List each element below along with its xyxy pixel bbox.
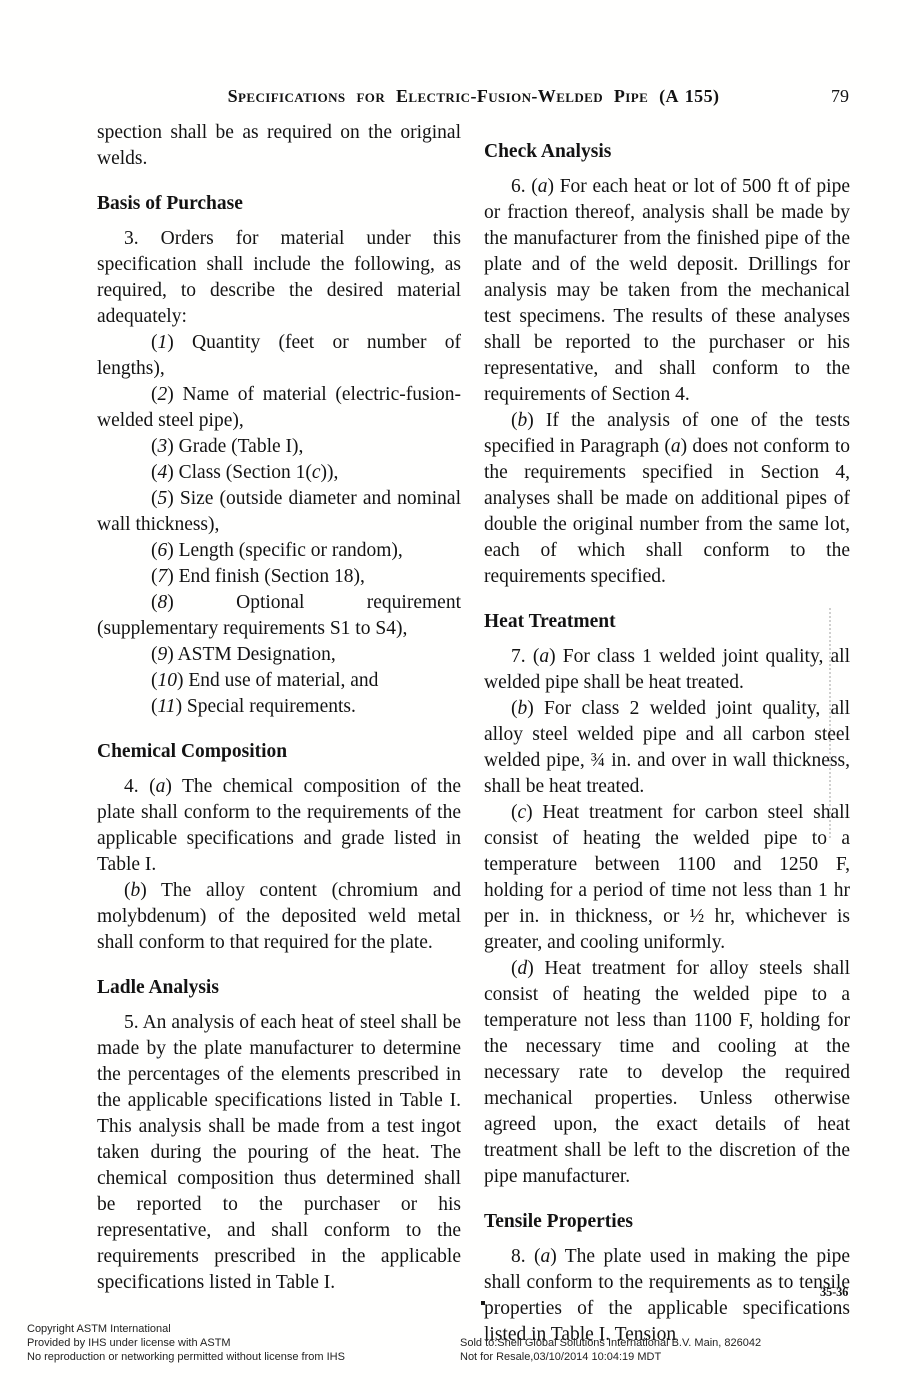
section-heading: Tensile Properties [484,1209,850,1235]
footer-line: No reproduction or networking permitted … [27,1350,345,1364]
running-header: Specifications for Electric-Fusion-Welde… [97,86,850,107]
page-title: Specifications for Electric-Fusion-Welde… [228,86,649,106]
paragraph: 6. (a) For each heat or lot of 500 ft of… [484,174,850,408]
stray-dot-artifact [481,1301,485,1305]
paragraph: (b) If the analysis of one of the tests … [484,408,850,590]
footer-line: Copyright ASTM International [27,1322,345,1336]
paragraph: (9) ASTM Designation, [97,642,461,668]
paragraph: (5) Size (outside diameter and nominal w… [97,486,461,538]
paragraph: (4) Class (Section 1(c)), [97,460,461,486]
paragraph: (2) Name of material (electric-fusion-we… [97,382,461,434]
section-heading: Basis of Purchase [97,191,461,217]
paragraph: (d) Heat treatment for alloy steels shal… [484,956,850,1190]
spec-designation: (A 155) [659,86,719,106]
paragraph: 8. (a) The plate used in making the pipe… [484,1244,850,1348]
section-heading: Chemical Composition [97,739,461,765]
paragraph: (10) End use of material, and [97,668,461,694]
column-right: Check Analysis6. (a) For each heat or lo… [484,120,850,1348]
paragraph: (8) Optional requirement (supplementary … [97,590,461,642]
paragraph: (1) Quantity (feet or number of lengths)… [97,330,461,382]
page-number: 79 [831,86,849,107]
footer-copyright-block: Copyright ASTM InternationalProvided by … [27,1322,345,1364]
paragraph: (11) Special requirements. [97,694,461,720]
paragraph: (3) Grade (Table I), [97,434,461,460]
paragraph: 5. An analysis of each heat of steel sha… [97,1010,461,1296]
document-page: Specifications for Electric-Fusion-Welde… [0,0,920,1393]
section-heading: Ladle Analysis [97,975,461,1001]
paragraph: (c) Heat treatment for carbon steel shal… [484,800,850,956]
paragraph: 7. (a) For class 1 welded joint quality,… [484,644,850,696]
column-left: spection shall be as required on the ori… [97,120,461,1296]
paragraph: spection shall be as required on the ori… [97,120,461,172]
paragraph: (b) The alloy content (chromium and moly… [97,878,461,956]
paragraph: (b) For class 2 welded joint quality, al… [484,696,850,800]
plate-mark: 35-36 [820,1285,848,1300]
paragraph: 4. (a) The chemical composition of the p… [97,774,461,878]
footer-line: Provided by IHS under license with ASTM [27,1336,345,1350]
scan-artifact-line [829,608,831,838]
footer-line: Sold to:Shell Global Solutions Internati… [460,1336,761,1350]
footer-license-block: Sold to:Shell Global Solutions Internati… [460,1336,761,1364]
paragraph: (7) End finish (Section 18), [97,564,461,590]
paragraph: 3. Orders for material under this specif… [97,226,461,330]
section-heading: Check Analysis [484,139,850,165]
footer-line: Not for Resale,03/10/2014 10:04:19 MDT [460,1350,761,1364]
paragraph: (6) Length (specific or random), [97,538,461,564]
section-heading: Heat Treatment [484,609,850,635]
